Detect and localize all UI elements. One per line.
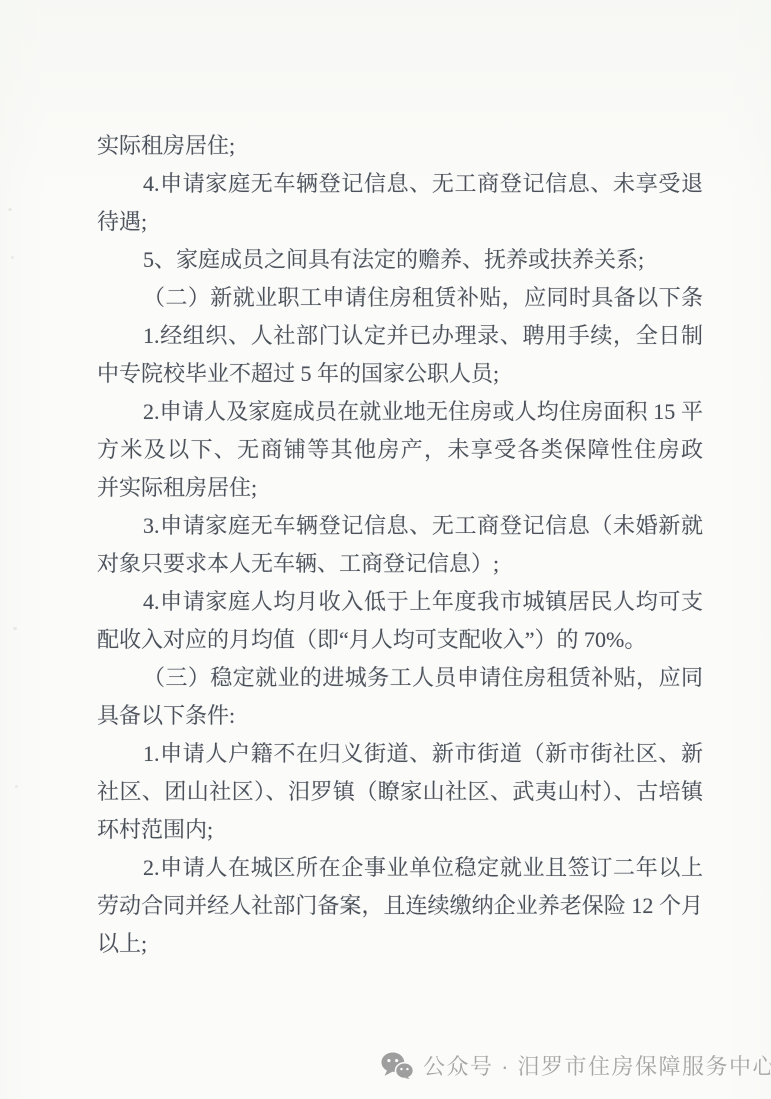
wechat-footer: 公众号 · 汨罗市住房保障服务中心 xyxy=(381,1047,771,1083)
text-line: 1.申请人户籍不在归义街道、新市街道（新市街社区、新阳 xyxy=(97,735,703,773)
scan-artifact xyxy=(8,208,12,211)
wechat-account-label: 公众号 · 汨罗市住房保障服务中心 xyxy=(423,1050,771,1081)
text-line: 2.申请人在城区所在企事业单位稳定就业且签订二年以上 xyxy=(97,849,703,887)
text-line: 以上; xyxy=(97,925,703,963)
text-line: 配收入对应的月均值（即“月人均可支配收入”）的 70%。 xyxy=(97,621,703,659)
document-page: 实际租房居住;4.申请家庭无车辆登记信息、无工商登记信息、未享受退休待遇;5、家… xyxy=(0,0,771,1099)
text-line: 具备以下条件: xyxy=(97,697,703,735)
text-line: 5、家庭成员之间具有法定的赡养、抚养或扶养关系; xyxy=(97,241,703,279)
wechat-icon xyxy=(381,1052,413,1079)
text-line: 4.申请家庭无车辆登记信息、无工商登记信息、未享受退休 xyxy=(97,165,703,203)
scan-artifact xyxy=(15,785,18,788)
text-line: 2.申请人及家庭成员在就业地无住房或人均住房面积 15 平 xyxy=(97,393,703,431)
text-line: 中专院校毕业不超过 5 年的国家公职人员; xyxy=(97,355,703,393)
document-body: 实际租房居住;4.申请家庭无车辆登记信息、无工商登记信息、未享受退休待遇;5、家… xyxy=(97,127,703,963)
text-line: 并实际租房居住; xyxy=(97,469,703,507)
text-line: 待遇; xyxy=(97,203,703,241)
text-line: 社区、团山社区）、汨罗镇（瞭家山社区、武夷山村）、古培镇南 xyxy=(97,773,703,811)
text-line: 方米及以下、无商铺等其他房产，未享受各类保障性住房政策， xyxy=(97,431,703,469)
text-line: 对象只要求本人无车辆、工商登记信息）; xyxy=(97,545,703,583)
text-line: 环村范围内; xyxy=(97,811,703,849)
text-line: （三）稳定就业的进城务工人员申请住房租赁补贴，应同时 xyxy=(97,659,703,697)
scan-artifact xyxy=(13,627,17,630)
text-line: （二）新就业职工申请住房租赁补贴，应同时具备以下条件: xyxy=(97,279,703,317)
scan-artifact xyxy=(11,256,14,259)
text-line: 3.申请家庭无车辆登记信息、无工商登记信息（未婚新就业 xyxy=(97,507,703,545)
text-line: 实际租房居住; xyxy=(97,127,703,165)
text-line: 1.经组织、人社部门认定并已办理录、聘用手续，全日制大 xyxy=(97,317,703,355)
text-line: 4.申请家庭人均月收入低于上年度我市城镇居民人均可支 xyxy=(97,583,703,621)
text-line: 劳动合同并经人社部门备案，且连续缴纳企业养老保险 12 个月 xyxy=(97,887,703,925)
